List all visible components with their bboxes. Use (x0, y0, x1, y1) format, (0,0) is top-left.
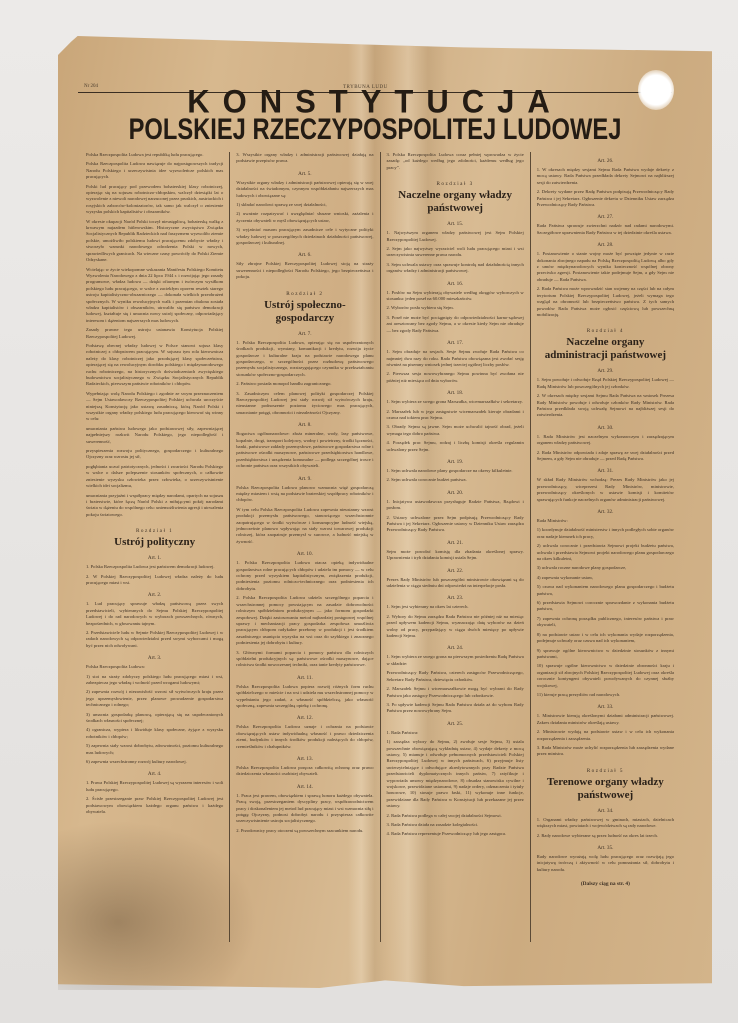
paragraph: 2. Ustawy uchwalone przez Sejm podpisują… (387, 515, 524, 534)
paragraph: Rada Ministrów: (537, 518, 674, 524)
paragraph: 11) kieruje pracą prezydiów rad narodowy… (537, 692, 674, 698)
article-heading: Art. 26. (537, 158, 674, 164)
paragraph: Rada Państwa sprawuje zwierzchni nadzór … (537, 223, 674, 236)
paragraph: Polska Rzeczpospolita Ludowa poręcza cał… (236, 765, 373, 778)
light-glare (638, 70, 674, 110)
article-heading: Art. 2. (86, 592, 223, 598)
article-heading: Art. 21. (387, 540, 524, 546)
paragraph: W skład Rady Ministrów wchodzą: Prezes R… (537, 477, 674, 503)
article-heading: Art. 14. (236, 784, 373, 790)
paragraph: Polska Rzeczpospolita Ludowa nawiązuje d… (86, 161, 223, 180)
paragraph: 2. Rada Państwa podlega w całej swojej d… (387, 813, 524, 819)
paragraph: 2. Sejm uchwala corocznie budżet państwa… (387, 477, 524, 483)
paragraph: 2. Ścisłe przestrzeganie praw Polskiej R… (86, 796, 223, 815)
paragraph: 1. Posłów na Sejm wybierają obywatele we… (387, 290, 524, 303)
paragraph: 4. Rada Państwa reprezentuje Przewodnicz… (387, 831, 524, 837)
paragraph: Przewodniczący Rady Państwa, czterech za… (387, 670, 524, 683)
article-heading: Art. 29. (537, 368, 674, 374)
article-heading: Art. 23. (387, 595, 524, 601)
article-heading: Art. 6. (236, 252, 373, 258)
paragraph: 2) uważnie rozpatrywać i uwzględniać słu… (236, 211, 373, 224)
paragraph: 1. Sejm jest wybierany na okres lat czte… (387, 604, 524, 610)
paragraph: Bogactwa ogólnonarodowe: złoża mineralne… (236, 431, 373, 469)
article-heading: Art. 19. (387, 459, 524, 465)
article-heading: Art. 5. (236, 171, 373, 177)
paragraph: 6) zapewnia wszechstronny rozwój kultury… (86, 759, 223, 765)
paragraph: 2. Rada Ministrów odpowiada i zdaje spra… (537, 450, 674, 463)
paragraph: 2. Pierwsza sesja nowowybranego Sejmu po… (387, 371, 524, 384)
paragraph: Podstawę obecnej władzy ludowej w Polsce… (86, 343, 223, 388)
paragraph: 7) zapewnia ochronę porządku publicznego… (537, 616, 674, 629)
paragraph: 3) umacnia gospodarkę planową, opierając… (86, 712, 223, 725)
paragraph: 3. Polska Rzeczpospolita Ludowa coraz pe… (387, 152, 524, 171)
paragraph: Polska Rzeczpospolita Ludowa uznaje i oc… (236, 724, 373, 750)
article-heading: Art. 13. (236, 756, 373, 762)
paragraph: 1) zarządza wybory do Sejmu, 2) zwołuje … (387, 739, 524, 809)
paragraph: Wcielając w życie wiekopomne wskazania M… (86, 267, 223, 325)
paragraph: 2. Przedstawiciele ludu w Sejmie Polskie… (86, 630, 223, 649)
paragraph: 1. Rada Ministrów jest naczelnym wykonaw… (537, 434, 674, 447)
paragraph: umacniania państwa ludowego jako podstaw… (86, 426, 223, 445)
paragraph: 1. Sejm wybiera ze swego grona na pierws… (387, 654, 524, 667)
paragraph: 1. Prawa Polskiej Rzeczypospolitej Ludow… (86, 780, 223, 793)
paragraph: 2. Wyborów posła wybiera się Sejm. (387, 305, 524, 311)
paragraph: 1. Postanowienie o stanie wojny może być… (537, 251, 674, 283)
chapter-title: Ustrój polityczny (86, 536, 223, 549)
paragraph: 1. Organami władzy państwowej w gminach,… (537, 817, 674, 830)
paragraph: 2. Marszałek Sejmu i wicemarszałkowie mo… (387, 686, 524, 699)
paragraph: 3. Wszystkie organy władzy i administrac… (236, 152, 373, 165)
paragraph: 4. Porządek prac Sejmu, rodzaj i liczbę … (387, 440, 524, 453)
article-heading: Art. 22. (387, 568, 524, 574)
article-heading: Art. 33. (537, 704, 674, 710)
paragraph: 1) stoi na straży zdobyczy polskiego lud… (86, 674, 223, 687)
chapter-title: Ustrój społeczno-gospodarczy (236, 299, 373, 325)
paragraph: 3. Po upływie kadencji Sejmu Rada Państw… (387, 702, 524, 715)
paragraph: 2. Dekrety wydane przez Radę Państwa pod… (537, 189, 674, 208)
paragraph: 1. Ministrowie kierują określonymi dział… (537, 713, 674, 726)
paragraph: 2. Wybory do Sejmu zarządza Rada Państwa… (387, 614, 524, 640)
paragraph: 5) czuwa nad wykonaniem narodowego planu… (537, 584, 674, 597)
paragraph: 1. Rada Państwa: (387, 730, 524, 736)
chapter-label: Rozdział 3 (387, 181, 524, 187)
paragraph: 2. Marszałek lub w jego zastępstwie wice… (387, 409, 524, 422)
paragraph: Wszystkie organy władzy i administracji … (236, 180, 373, 199)
paragraph: 1. W okresach między sesjami Sejmu Rada … (537, 167, 674, 186)
article-heading: Art. 10. (236, 551, 373, 557)
paragraph: 2. Ministrowie wydają na podstawie ustaw… (537, 729, 674, 742)
paragraph: 1. Najwyższym organem władzy państwowej … (387, 230, 524, 243)
chapter-label: Rozdział 5 (537, 768, 674, 774)
paragraph: 1. Sejm obraduje na sesjach. Sesje Sejmu… (387, 349, 524, 368)
paragraph: umacniania przyjaźni i współpracy między… (86, 493, 223, 519)
paragraph: 3) wyjaśniać masom pracującym zasadnicze… (236, 227, 373, 246)
paragraph: 2. W Polskiej Rzeczypospolitej Ludowej w… (86, 574, 223, 587)
paragraph: Sejm może powołać komisję dla zbadania o… (387, 549, 524, 562)
chapter-title: Naczelne organy władzy państwowej (387, 189, 524, 215)
article-heading: Art. 12. (236, 715, 373, 721)
paragraph: Polska Rzeczpospolita Ludowa: (86, 664, 223, 670)
paragraph: 3) uchwala roczne narodowe plany gospoda… (537, 565, 674, 571)
chapter-label: Rozdział 4 (537, 328, 674, 334)
paragraph: przyspieszenia rozwoju politycznego, gos… (86, 448, 223, 461)
paragraph: 2. Rady narodowe wybierane są przez ludn… (537, 833, 674, 839)
paragraph: 2. Polska Rzeczpospolita Ludowa udziela … (236, 595, 373, 646)
article-heading: Art. 28. (537, 242, 674, 248)
paragraph: 1. Polska Rzeczpospolita Ludowa otacza o… (236, 560, 373, 592)
paragraph: 2. Rada Państwa może wprowadzić stan woj… (537, 286, 674, 318)
chapter-label: Rozdział 2 (236, 291, 373, 297)
paragraph: Polski lud pracujący pod przewodem bohat… (86, 184, 223, 216)
paragraph: 4) ogranicza, wypiera i likwiduje klasy … (86, 727, 223, 740)
article-heading: Art. 31. (537, 468, 674, 474)
photo-shadow (58, 820, 258, 990)
paragraph: W okresie okupacji Naród Polski toczył n… (86, 219, 223, 264)
paragraph: 2) uchwala corocznie i przedstawia Sejmo… (537, 543, 674, 562)
article-heading: Art. 34. (537, 808, 674, 814)
paragraph: 3. Obrady Sejmu są jawne. Sejm może uchw… (387, 424, 524, 437)
article-heading: Art. 35. (537, 845, 674, 851)
paragraph: 3. Rada Państwa działa na zasadzie koleg… (387, 822, 524, 828)
paragraph: 1. Sejm wybiera ze swego grona Marszałka… (387, 399, 524, 405)
chapter-title: Terenowe organy władzy państwowej (537, 776, 674, 802)
paragraph: 3. Rada Ministrów może uchylić rozporząd… (537, 745, 674, 758)
article-heading: Art. 1. (86, 555, 223, 561)
article-heading: Art. 15. (387, 221, 524, 227)
paragraph: 2. Sejm jako najwyższy wyraziciel woli l… (387, 246, 524, 259)
paragraph: 1. Inicjatywa ustawodawcza przysługuje R… (387, 499, 524, 512)
paragraph: 3. Sejm uchwala ustawy oraz sprawuje kon… (387, 262, 524, 275)
column-4: Art. 26.1. W okresach między sesjami Sej… (531, 152, 680, 942)
article-heading: Art. 7. (236, 331, 373, 337)
paragraph: Siły zbrojne Polskiej Rzeczypospolitej L… (236, 261, 373, 280)
paragraph: 4) zapewnia wykonanie ustaw, (537, 575, 674, 581)
article-heading: Art. 9. (236, 476, 373, 482)
title-subtitle: POLSKIEJ RZECZYPOSPOLITEJ LUDOWEJ (99, 114, 651, 147)
chapter-label: Rozdział 1 (86, 528, 223, 534)
paragraph: 1. Sejm powołuje i odwołuje Rząd Polskie… (537, 377, 674, 390)
article-heading: Art. 18. (387, 390, 524, 396)
article-heading: Art. 3. (86, 655, 223, 661)
paragraph: W tym celu Polska Rzeczpospolita Ludowa … (236, 507, 373, 545)
paragraph: Polska Rzeczpospolita Ludowa popiera roz… (236, 684, 373, 710)
paragraph: 1. Lud pracujący sprawuje władzę państwo… (86, 601, 223, 627)
article-heading: Art. 16. (387, 281, 524, 287)
article-heading: Art. 30. (537, 425, 674, 431)
paragraph: Polska Rzeczpospolita Ludowa planowo wzm… (236, 485, 373, 504)
paragraph: Zasady prawne tego ustroju ustanawia Kon… (86, 327, 223, 340)
paragraph: 1. Sejm uchwala narodowe plany gospodarc… (387, 468, 524, 474)
paragraph: 1) koordynuje działalność ministerstw i … (537, 527, 674, 540)
column-3: 3. Polska Rzeczpospolita Ludowa coraz pe… (381, 152, 531, 942)
paragraph: 6) przedstawia Sejmowi corocznie sprawoz… (537, 600, 674, 613)
paragraph: 1) składać narodowi sprawę ze swej dział… (236, 202, 373, 208)
article-heading: Art. 24. (387, 645, 524, 651)
paragraph: Wypełniając wolę Narodu Polskiego i zgod… (86, 391, 223, 423)
paragraph: Polska Rzeczpospolita Ludowa jest republ… (86, 152, 223, 158)
article-heading: Art. 27. (537, 214, 674, 220)
paragraph: Rady narodowe wyrażają wolę ludu pracują… (537, 854, 674, 873)
article-heading: Art. 4. (86, 771, 223, 777)
article-heading: Art. 8. (236, 422, 373, 428)
paragraph: 2. W okresach między sesjami Sejmu Rada … (537, 393, 674, 419)
paragraph: 3. Głównymi formami poparcia i pomocy pa… (236, 650, 373, 669)
paragraph: 10) sprawuje ogólne kierownictwo w dzied… (537, 663, 674, 689)
paragraph: 1. Polska Rzeczpospolita Ludowa, opieraj… (236, 340, 373, 378)
paragraph: 2. Państwo posiada monopol handlu zagran… (236, 381, 373, 387)
article-heading: Art. 25. (387, 721, 524, 727)
continuation-note: (Dalszy ciąg na str. 4) (537, 881, 674, 887)
article-heading: Art. 17. (387, 340, 524, 346)
paragraph: pogłębiania uczuć patriotycznych, jednoś… (86, 464, 223, 490)
paragraph: 3. Poseł nie może być pociągnięty do odp… (387, 315, 524, 334)
paragraph: 8) na podstawie ustaw i w celu ich wykon… (537, 632, 674, 645)
paragraph: Prezes Rady Ministrów lub poszczególni m… (387, 577, 524, 590)
article-heading: Art. 32. (537, 509, 674, 515)
chapter-title: Naczelne organy administracji państwowej (537, 336, 674, 362)
article-heading: Art. 11. (236, 675, 373, 681)
paragraph: 3. Zasadniczym celem planowej polityki g… (236, 391, 373, 417)
paragraph: 1. Polska Rzeczpospolita Ludowa jest pań… (86, 564, 223, 570)
article-heading: Art. 20. (387, 490, 524, 496)
paragraph: 9) sprawuje ogólne kierownictwo w dziedz… (537, 648, 674, 661)
paragraph: 5) zapewnia stały wzrost dobrobytu, zdro… (86, 743, 223, 756)
paragraph: 2) zapewnia rozwój i niezawisłość wzrost… (86, 689, 223, 708)
